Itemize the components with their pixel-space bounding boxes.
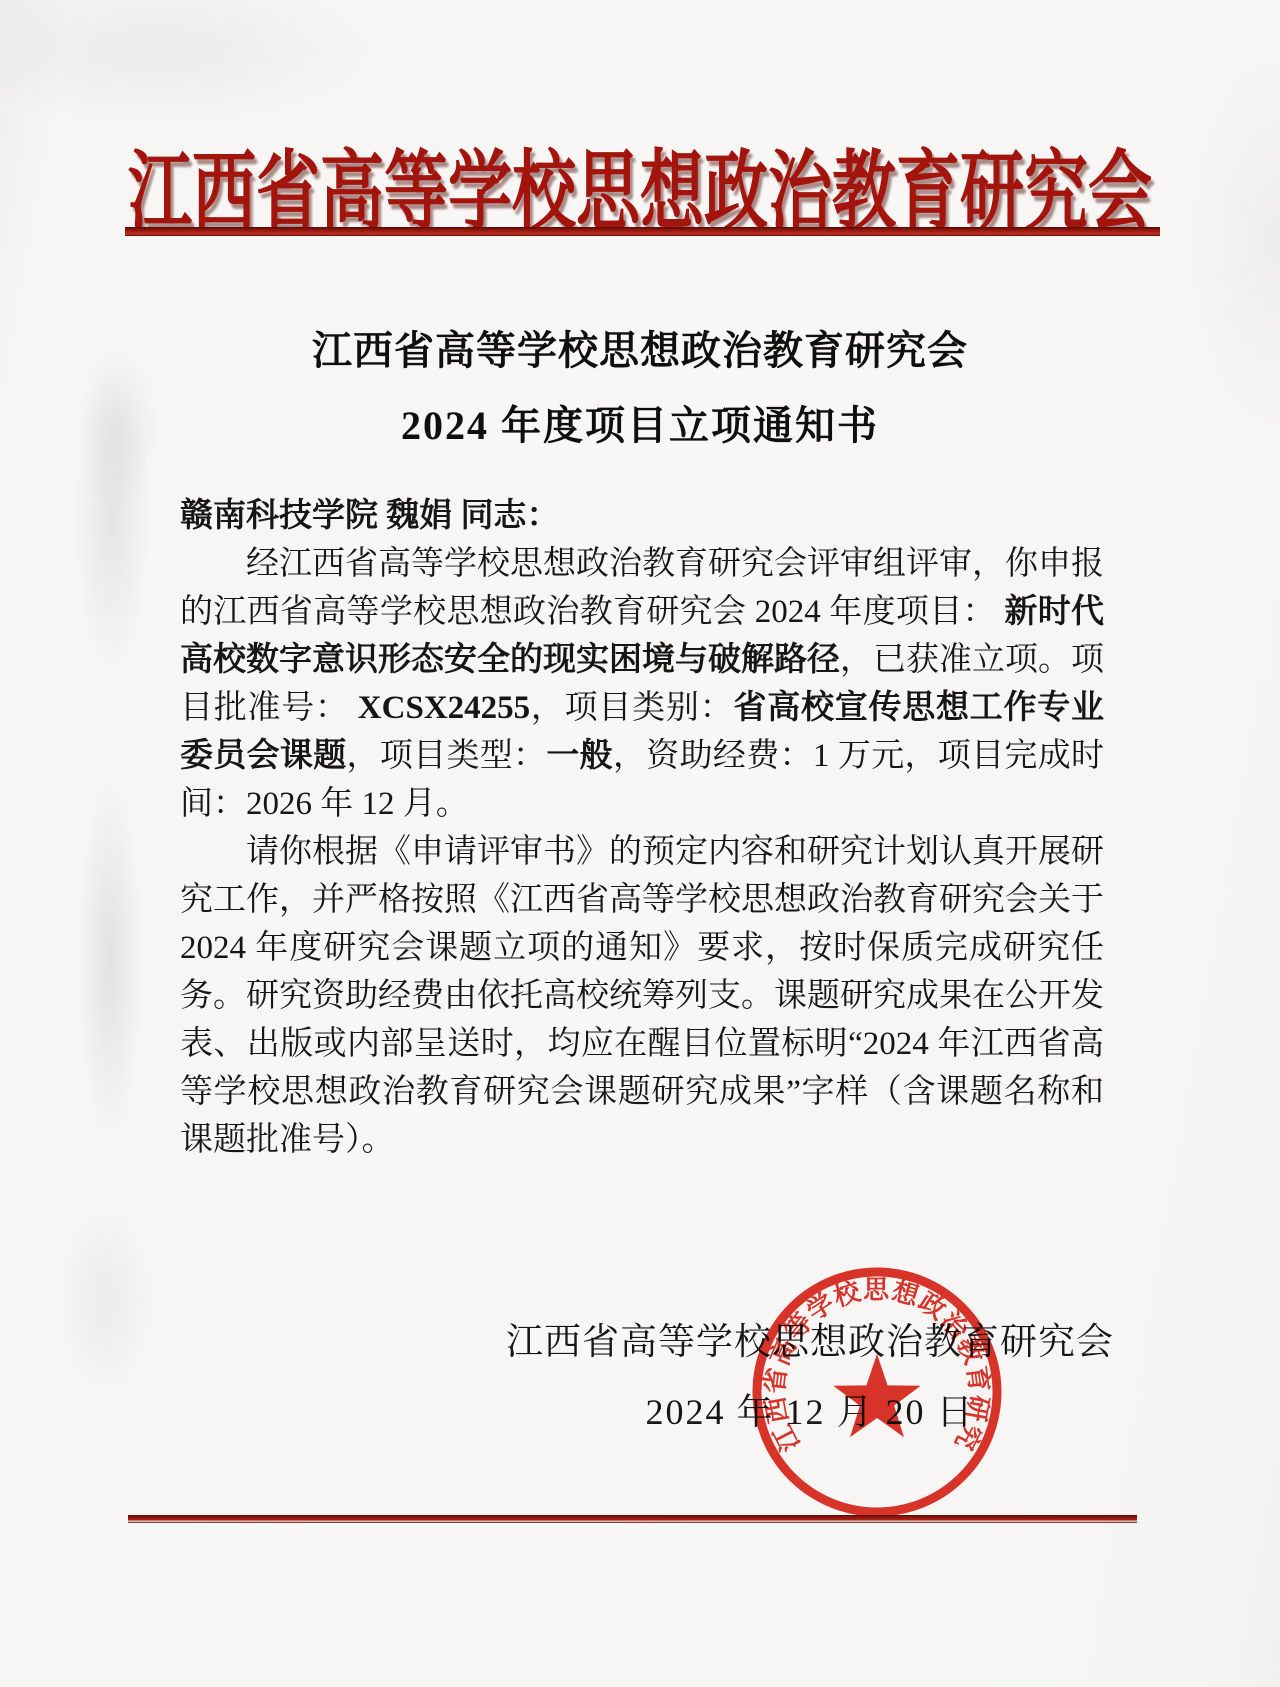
para1-run-approval-number: XCSX24255 [358, 690, 530, 726]
para1-run: ，项目类型： [347, 738, 547, 774]
paragraph-approval: 经江西省高等学校思想政治教育研究会评审组评审，你申报的江西省高等学校思想政治教育… [180, 540, 1104, 828]
para1-run: ，项目类别： [530, 690, 733, 726]
letter-body: 赣南科技学院 魏娟 同志： 经江西省高等学校思想政治教育研究会评审组评审，你申报… [180, 492, 1104, 1164]
document-title-line1: 江西省高等学校思想政治教育研究会 [0, 330, 1280, 372]
para1-run: 经江西省高等学校思想政治教育研究会评审组评审，你申报的江西省高等学校思想政治教育… [180, 546, 1104, 630]
letterhead-rule [125, 227, 1160, 236]
seal-ring-text-holder: 江西省高等学校思想政治教育研究会 [747, 1262, 995, 1456]
document-title: 江西省高等学校思想政治教育研究会 2024 年度项目立项通知书 [0, 330, 1280, 447]
paragraph-requirements: 请你根据《申请评审书》的预定内容和研究计划认真开展研究工作，并严格按照《江西省高… [180, 828, 1104, 1164]
salutation: 赣南科技学院 魏娟 同志： [180, 492, 1104, 540]
document-title-line2: 2024 年度项目立项通知书 [0, 405, 1280, 447]
para1-run-project-type: 一般 [546, 738, 613, 774]
document-page: 江西省高等学校思想政治教育研究会 江西省高等学校思想政治教育研究会 2024 年… [0, 0, 1280, 1687]
seal-ring-text: 江西省高等学校思想政治教育研究会 [747, 1262, 995, 1456]
official-seal: 江西省高等学校思想政治教育研究会 [747, 1262, 1007, 1522]
seal-star [833, 1354, 920, 1437]
footer-rule [128, 1515, 1137, 1523]
